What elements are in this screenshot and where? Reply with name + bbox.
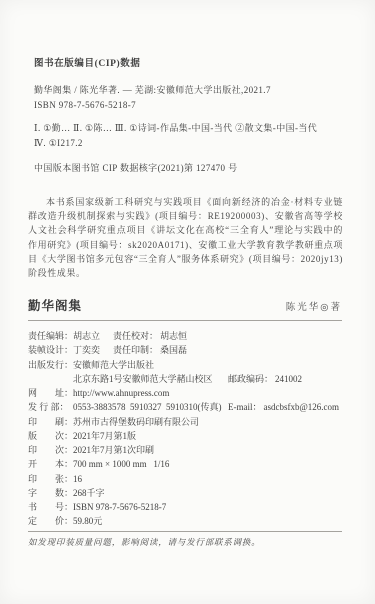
field-value: 268千字	[73, 488, 105, 498]
quality-disclaimer: 如发现印装质量问题，影响阅读，请与发行部联系调换。	[28, 536, 342, 548]
field-label: 网 址：	[28, 386, 73, 400]
field-label: E-mail：	[228, 400, 262, 414]
colophon-row-wordcount: 字 数：268千字	[28, 486, 342, 500]
field-label: 责任印制：	[113, 343, 158, 357]
cip-record-number: 中国版本图书馆 CIP 数据核字(2021)第 127470 号	[34, 161, 237, 174]
colophon-row-edition: 版 次：2021年7月第1版	[28, 429, 342, 443]
field-label: 出版发行：	[28, 358, 73, 372]
phone-numbers: 0553-3883578 5910327 5910310(传真)	[73, 402, 222, 412]
field-label: 书 号：	[28, 500, 73, 514]
field-value: 丁奕奕	[73, 345, 100, 355]
colophon-row-impression: 印 次：2021年7月第1次印刷	[28, 443, 342, 457]
book-title: 勤华阁集	[28, 296, 82, 314]
field-label: 邮政编码：	[228, 372, 273, 386]
cip-class-line1: Ⅰ. ①勤… Ⅱ. ①陈… Ⅲ. ①诗词-作品集-中国-当代 ②散文集-中国-当…	[34, 121, 345, 136]
field-value: 北京东路1号安徽师范大学赭山校区	[73, 374, 213, 384]
field-label: 印 张：	[28, 472, 73, 486]
colophon-row-website: 网 址：http://www.ahnupress.com	[28, 386, 342, 400]
cip-classification-block: Ⅰ. ①勤… Ⅱ. ①陈… Ⅲ. ①诗词-作品集-中国-当代 ②散文集-中国-当…	[34, 121, 345, 151]
field-pair: 责任印制：桑国磊	[113, 345, 187, 355]
field-value: 胡志恒	[160, 331, 187, 341]
title-bar: 勤华阁集 陈光华◎著	[28, 296, 342, 314]
email-address: asdcbsfxb@126.com	[264, 402, 340, 412]
funding-note: 本书系国家级新工科研究与实践项目《面向新经济的冶金·材料专业链群改造升级机制探索…	[28, 195, 343, 280]
colophon-block: 责任编辑：胡志立责任校对：胡志恒 装帧设计：丁奕奕责任印制：桑国磊 出版发行：安…	[28, 329, 342, 529]
title-divider-rule	[28, 320, 342, 321]
colophon-row-address: 北京东路1号安徽师范大学赭山校区邮政编码：241002	[28, 372, 342, 386]
colophon-row-distribution: 发 行 部：0553-3883578 5910327 5910310(传真)E-…	[28, 400, 342, 414]
field-value: 苏州市古得堡数码印刷有限公司	[73, 417, 199, 427]
colophon-row-price: 定 价：59.80元	[28, 514, 342, 528]
cip-entry-line: 勤华阁集 / 陈光华著. — 芜湖:安徽师范大学出版社,2021.7	[34, 83, 345, 98]
colophon-row-publisher: 出版发行：安徽师范大学出版社	[28, 358, 342, 372]
colophon-row-editor: 责任编辑：胡志立责任校对：胡志恒	[28, 329, 342, 343]
field-pair: 责任校对：胡志恒	[113, 331, 187, 341]
field-value: 安徽师范大学出版社	[73, 360, 154, 370]
field-label: 印 刷：	[28, 415, 73, 429]
field-value: 700 mm × 1000 mm 1/16	[73, 459, 169, 469]
field-label: 开 本：	[28, 457, 73, 471]
field-label: 发 行 部：	[28, 400, 73, 414]
cip-isbn-line: ISBN 978-7-5676-5218-7	[34, 98, 345, 113]
colophon-row-printer: 印 刷：苏州市古得堡数码印刷有限公司	[28, 415, 342, 429]
colophon-row-format: 开 本：700 mm × 1000 mm 1/16	[28, 457, 342, 471]
field-label: 版 次：	[28, 429, 73, 443]
copyright-page: 图书在版编目(CIP)数据 勤华阁集 / 陈光华著. — 芜湖:安徽师范大学出版…	[0, 0, 375, 604]
cip-class-line2: Ⅳ. ①I217.2	[34, 136, 345, 151]
colophon-row-design: 装帧设计：丁奕奕责任印制：桑国磊	[28, 343, 342, 357]
colophon-row-sheets: 印 张：16	[28, 472, 342, 486]
field-value: 241002	[275, 374, 302, 384]
field-label: 字 数：	[28, 486, 73, 500]
field-value: 胡志立	[73, 331, 100, 341]
field-label: 责任校对：	[113, 329, 158, 343]
field-value: 16	[73, 474, 82, 484]
field-value: 2021年7月第1版	[73, 431, 136, 441]
cip-header: 图书在版编目(CIP)数据	[34, 55, 141, 69]
field-label: 定 价：	[28, 514, 73, 528]
field-label: 印 次：	[28, 443, 73, 457]
field-value: 2021年7月第1次印刷	[73, 445, 154, 455]
field-pair: 邮政编码：241002	[228, 372, 302, 386]
field-pair: E-mail：asdcbsfxb@126.com	[228, 400, 339, 414]
field-value: 59.80元	[73, 516, 102, 526]
field-label: 装帧设计：	[28, 343, 73, 357]
cip-entry-block: 勤华阁集 / 陈光华著. — 芜湖:安徽师范大学出版社,2021.7 ISBN …	[34, 83, 345, 113]
colophon-row-isbn: 书 号：ISBN 978-7-5676-5218-7	[28, 500, 342, 514]
field-value: 桑国磊	[160, 345, 187, 355]
field-value: ISBN 978-7-5676-5218-7	[73, 502, 166, 512]
author-credit: 陈光华◎著	[286, 299, 342, 313]
website-url: http://www.ahnupress.com	[73, 388, 169, 398]
field-label: 责任编辑：	[28, 329, 73, 343]
footer-divider-rule	[28, 531, 342, 532]
